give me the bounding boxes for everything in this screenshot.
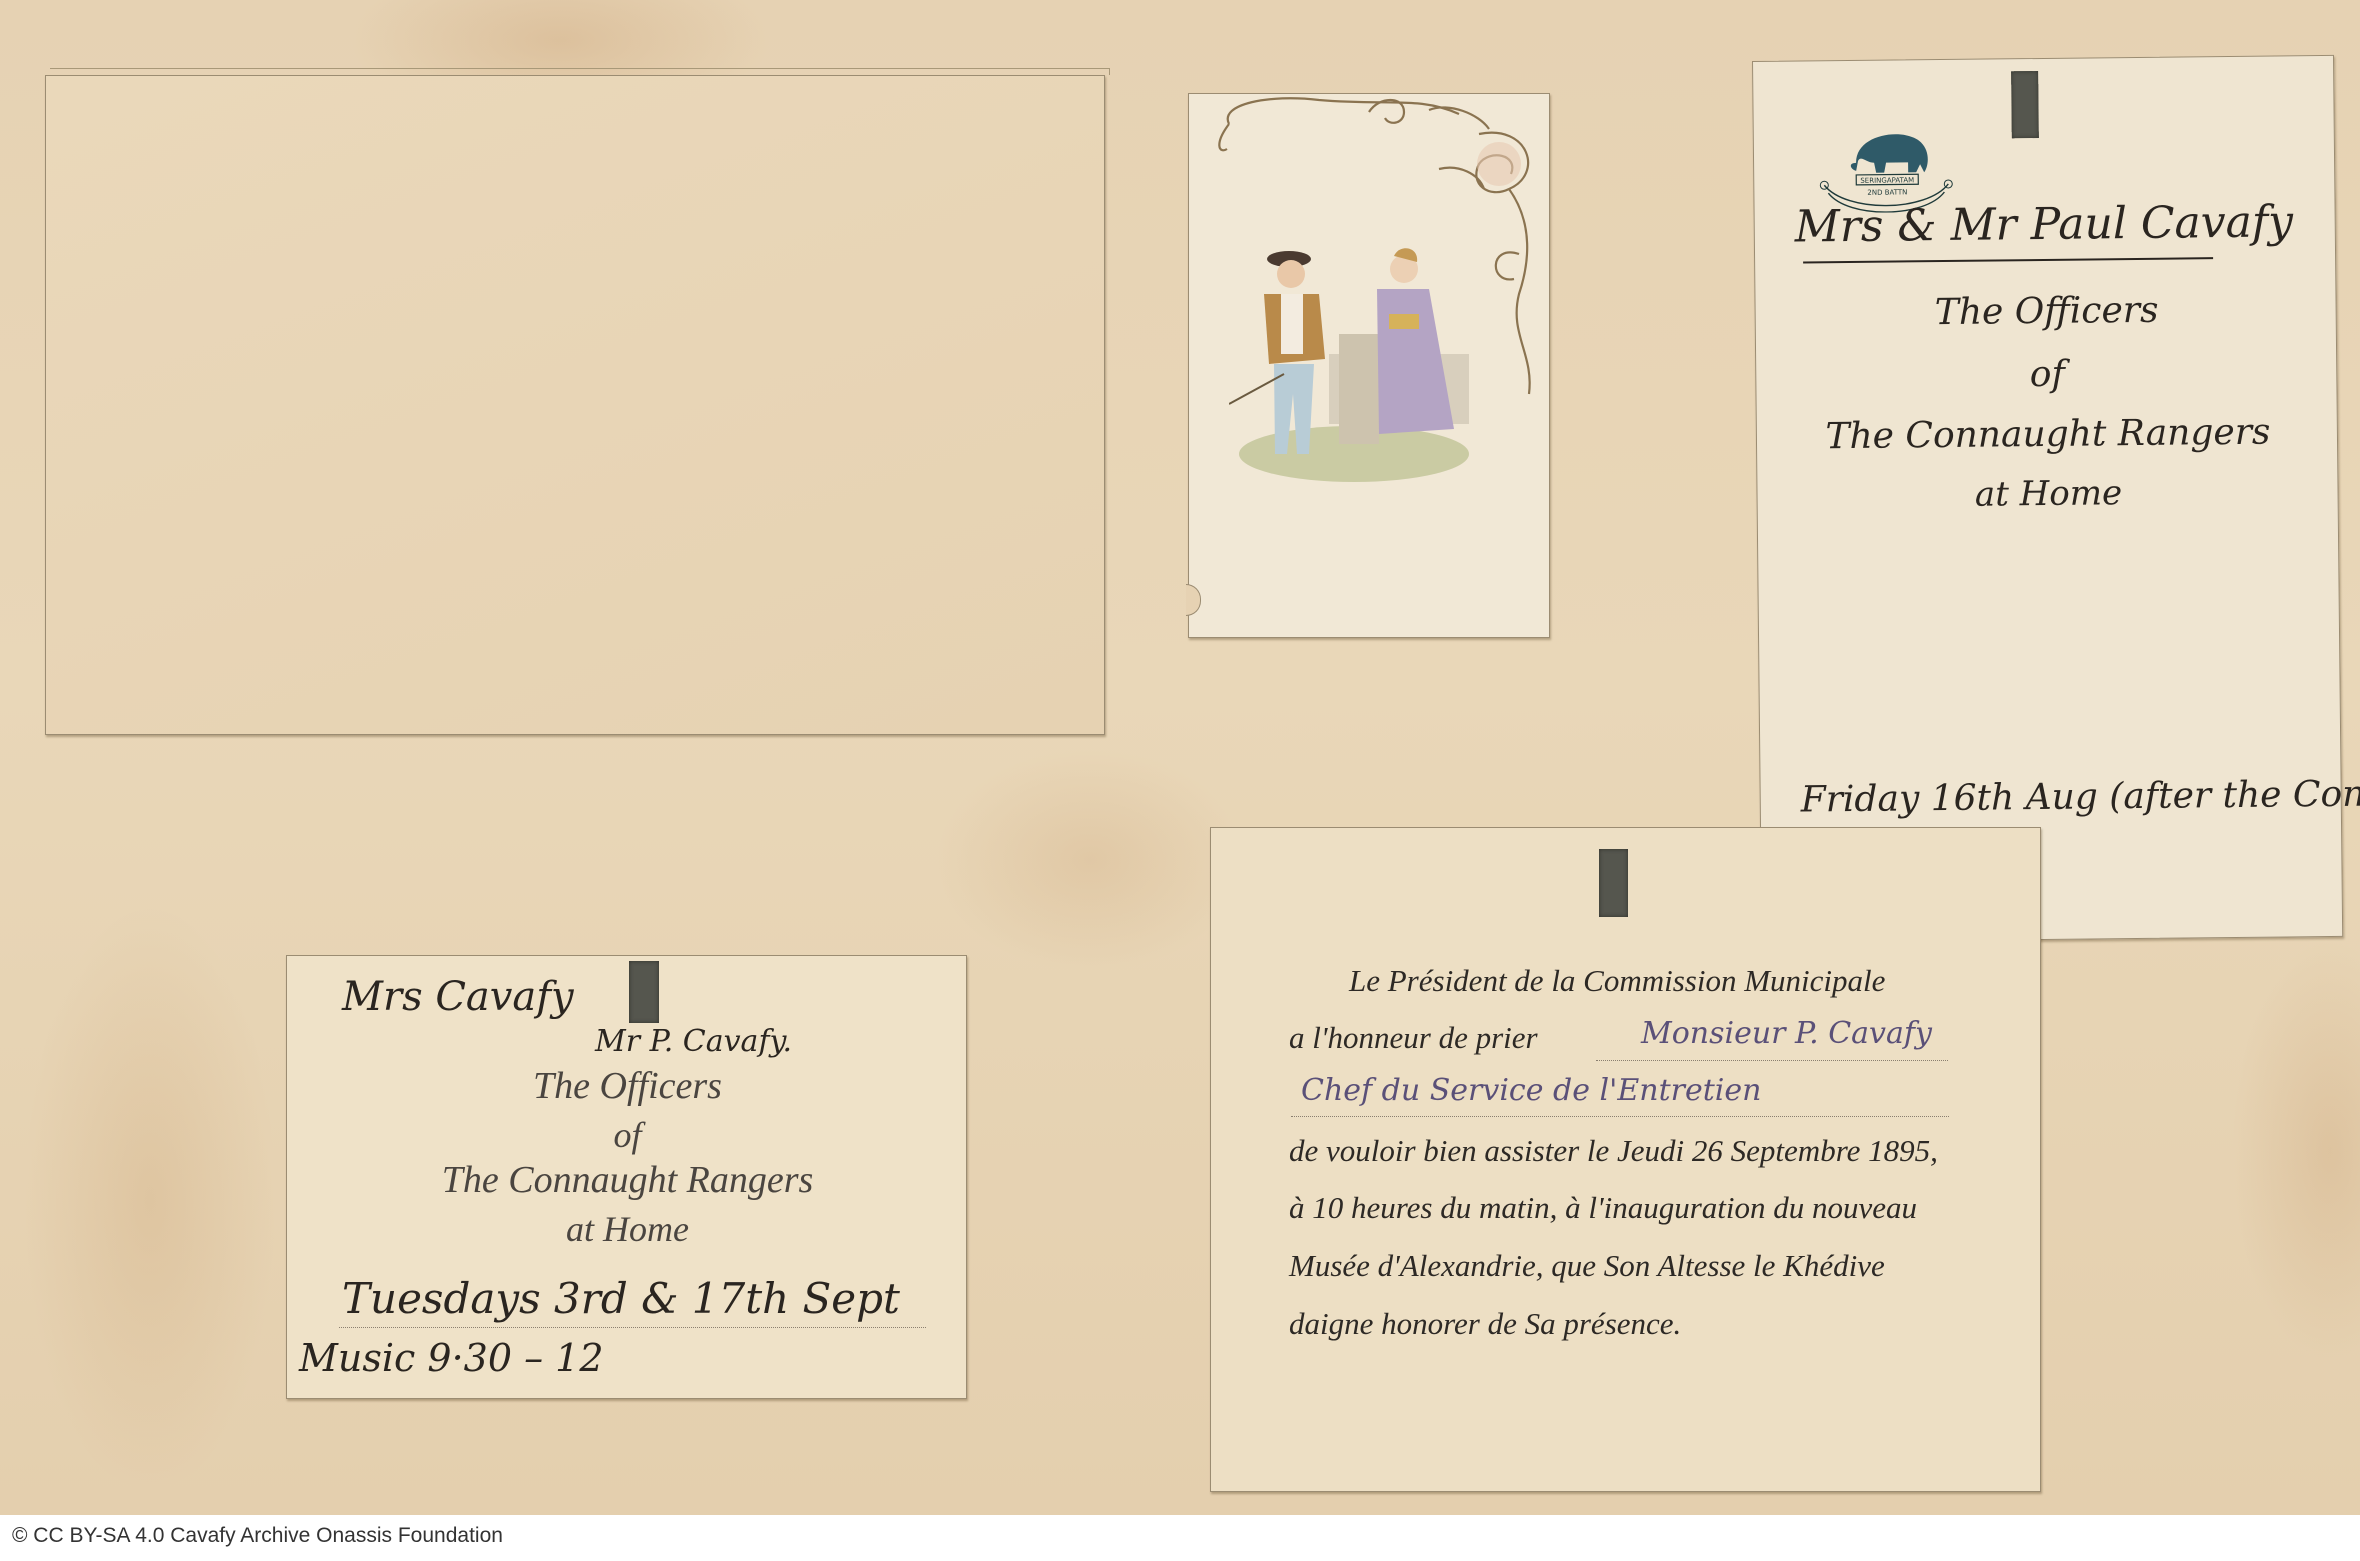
- mounting-tape: [1599, 849, 1628, 917]
- couple-illustration-icon: [1229, 214, 1479, 484]
- musee-invitation-card: Le Président de la Commission Municipale…: [1210, 827, 2041, 1492]
- invitation-line-3: de vouloir bien assister le Jeudi 26 Sep…: [1289, 1133, 1938, 1169]
- guest-name: Monsieur P. Cavafy: [1641, 1016, 1932, 1051]
- line-of: of: [1756, 351, 2338, 398]
- card-underlayer-edge: [50, 68, 1110, 75]
- blank-card: [45, 75, 1105, 735]
- invitation-line-2: a l'honneur de prier: [1289, 1020, 1538, 1056]
- svg-text:2ND BATTN: 2ND BATTN: [1867, 188, 1907, 196]
- guest-mr: Mr P. Cavafy.: [595, 1024, 792, 1059]
- invitation-line-1: Le Président de la Commission Municipale: [1349, 963, 1885, 999]
- guest-names: Mrs & Mr Paul Cavafy: [1794, 196, 2293, 252]
- line-officers: The Officers: [1755, 288, 2337, 335]
- line-at-home: at Home: [1757, 471, 2339, 517]
- card-notch: [1186, 584, 1201, 616]
- dotted-line: [339, 1327, 926, 1328]
- mounting-tape: [2011, 71, 2039, 138]
- invitation-line-6: daigne honorer de Sa présence.: [1289, 1306, 1681, 1342]
- event-dates: Tuesdays 3rd & 17th Sept: [342, 1274, 900, 1323]
- dotted-line: [1291, 1116, 1949, 1117]
- line-connaught-rangers: The Connaught Rangers: [1757, 411, 2339, 458]
- copyright-credit: © CC BY-SA 4.0 Cavafy Archive Onassis Fo…: [12, 1524, 503, 1548]
- engraved-officers: The Officers: [287, 1064, 968, 1108]
- album-page: SERINGAPATAM 2ND BATTN Mrs & Mr Paul Cav…: [0, 0, 2360, 1515]
- guest-title: Chef du Service de l'Entretien: [1301, 1073, 1761, 1108]
- svg-text:SERINGAPATAM: SERINGAPATAM: [1860, 176, 1914, 185]
- underline: [1803, 257, 2213, 263]
- connaught-handwritten-card: SERINGAPATAM 2ND BATTN Mrs & Mr Paul Cav…: [1752, 55, 2343, 943]
- mounting-tape: [629, 961, 659, 1023]
- music-time: Music 9·30 – 12: [299, 1336, 604, 1380]
- dotted-line: [1596, 1060, 1948, 1061]
- engraved-at-home: at Home: [287, 1208, 968, 1250]
- event-date: Friday 16th Aug (after the Concert): [1801, 773, 2360, 821]
- guest-mrs: Mrs Cavafy: [342, 974, 574, 1020]
- invitation-line-5: Musée d'Alexandrie, que Son Altesse le K…: [1289, 1248, 1885, 1284]
- connaught-printed-card: Mrs Cavafy Mr P. Cavafy. The Officers of…: [286, 955, 967, 1399]
- invitation-line-4: à 10 heures du matin, à l'inauguration d…: [1289, 1190, 1917, 1226]
- engraved-of: of: [287, 1114, 968, 1156]
- engraved-connaught-rangers: The Connaught Rangers: [287, 1158, 968, 1202]
- vintage-illustrated-card: [1188, 93, 1550, 638]
